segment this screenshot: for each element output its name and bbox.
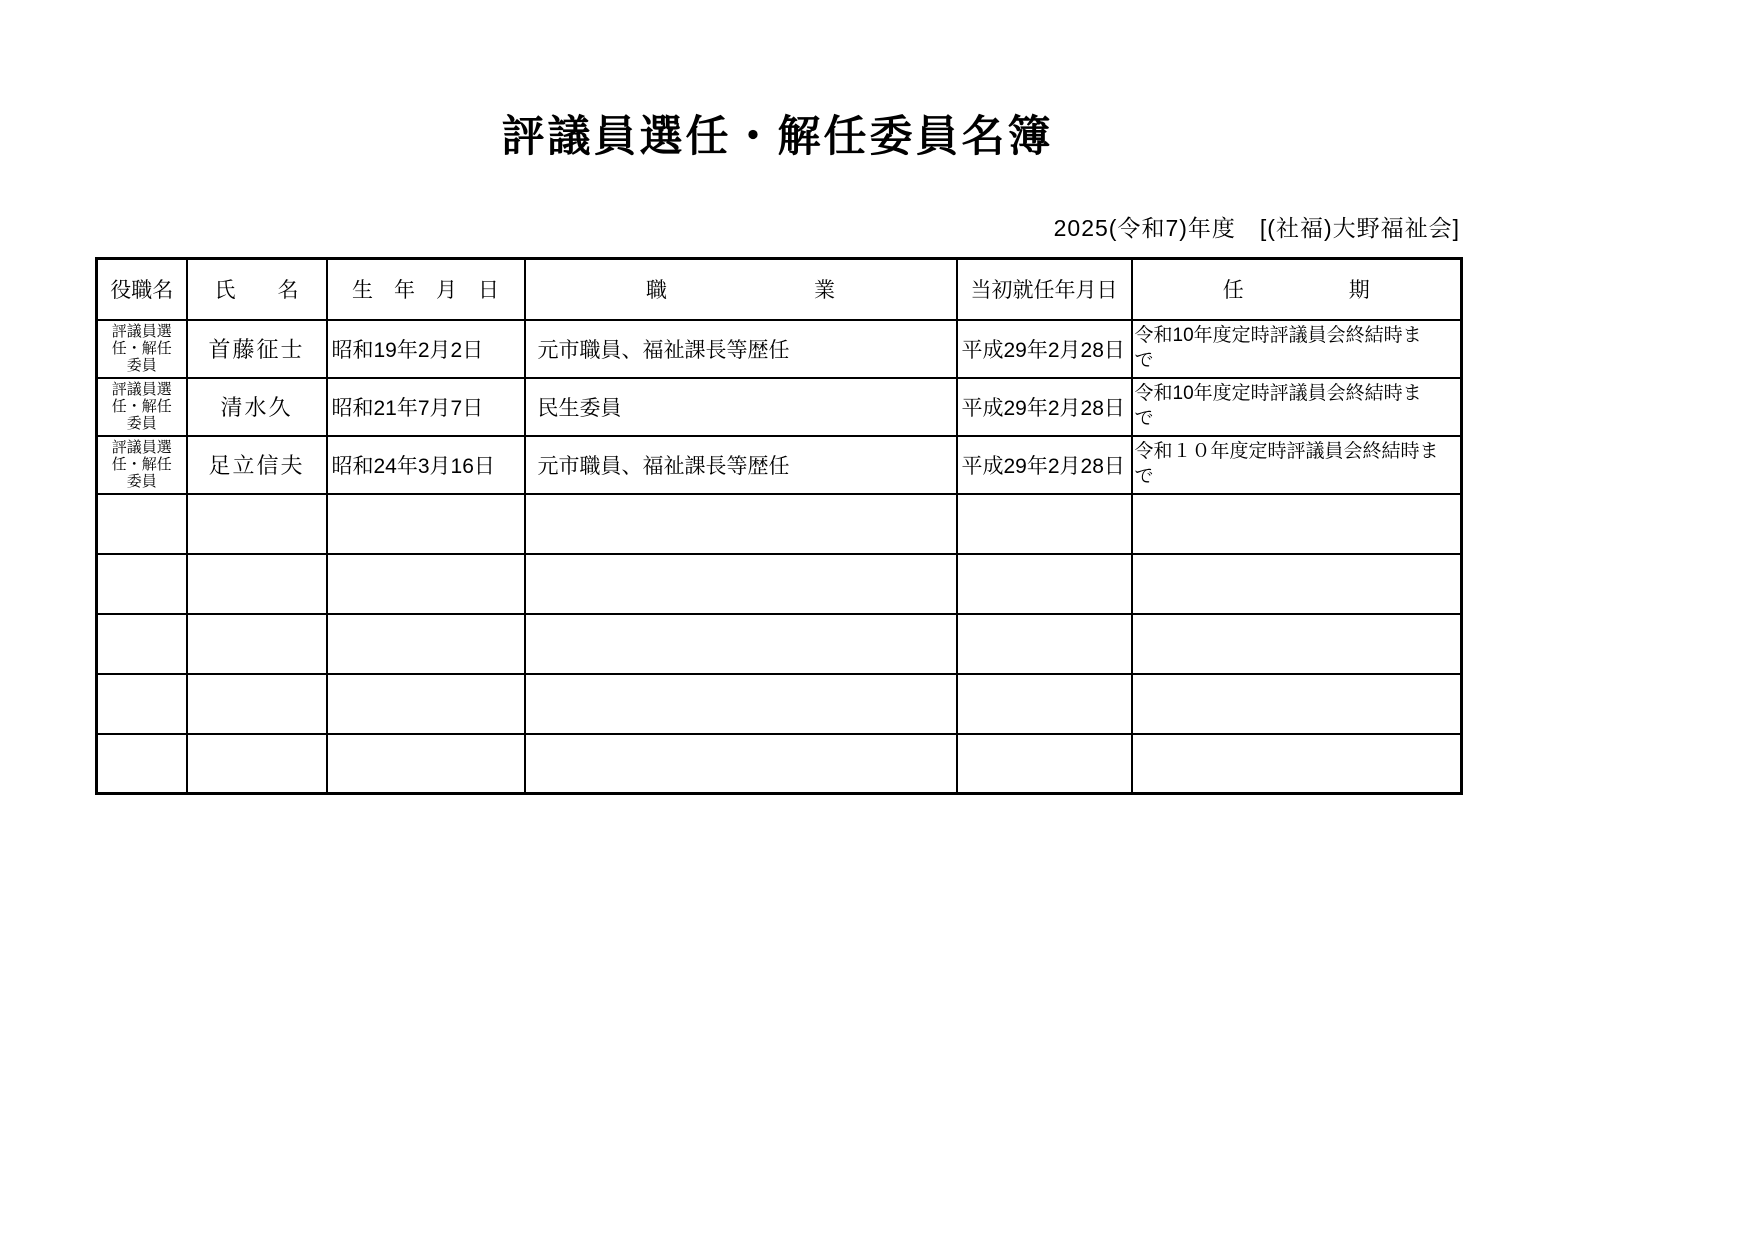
empty-cell — [1132, 554, 1462, 614]
empty-table-row — [97, 734, 1462, 794]
empty-cell — [327, 734, 525, 794]
empty-cell — [1132, 494, 1462, 554]
empty-cell — [187, 734, 327, 794]
empty-cell — [1132, 734, 1462, 794]
empty-cell — [97, 554, 187, 614]
name-cell: 首藤征士 — [187, 320, 327, 378]
empty-cell — [525, 494, 957, 554]
empty-cell — [97, 734, 187, 794]
empty-cell — [1132, 674, 1462, 734]
appointment-date-cell: 平成29年2月28日 — [957, 320, 1132, 378]
occupation-cell: 民生委員 — [525, 378, 957, 436]
header-birth-date: 生 年 月 日 — [327, 259, 525, 320]
empty-cell — [957, 674, 1132, 734]
empty-table-row — [97, 494, 1462, 554]
empty-cell — [525, 674, 957, 734]
header-term: 任 期 — [1132, 259, 1462, 320]
header-appointment-date: 当初就任年月日 — [957, 259, 1132, 320]
name-cell: 足立信夫 — [187, 436, 327, 494]
empty-cell — [957, 494, 1132, 554]
term-cell: 令和１０年度定時評議員会終結時ま で — [1132, 436, 1462, 494]
empty-cell — [97, 674, 187, 734]
empty-cell — [327, 674, 525, 734]
name-cell: 清水久 — [187, 378, 327, 436]
empty-cell — [327, 494, 525, 554]
empty-cell — [957, 614, 1132, 674]
empty-table-row — [97, 614, 1462, 674]
empty-cell — [327, 614, 525, 674]
occupation-cell: 元市職員、福祉課長等歴任 — [525, 320, 957, 378]
document-container: 評議員選任・解任委員名簿 2025(令和7)年度 [(社福)大野福祉会] 役職名… — [95, 0, 1460, 795]
empty-cell — [187, 674, 327, 734]
role-cell: 評議員選 任・解任 委員 — [97, 320, 187, 378]
empty-cell — [525, 554, 957, 614]
term-cell: 令和10年度定時評議員会終結時ま で — [1132, 320, 1462, 378]
table-row: 評議員選 任・解任 委員 首藤征士 昭和19年2月2日 元市職員、福祉課長等歴任… — [97, 320, 1462, 378]
empty-cell — [957, 554, 1132, 614]
empty-cell — [957, 734, 1132, 794]
fiscal-year-note: 2025(令和7)年度 [(社福)大野福祉会] — [95, 210, 1460, 243]
birth-date-cell: 昭和21年7月7日 — [327, 378, 525, 436]
empty-cell — [187, 494, 327, 554]
empty-table-row — [97, 674, 1462, 734]
empty-cell — [97, 494, 187, 554]
empty-cell — [97, 614, 187, 674]
role-cell: 評議員選 任・解任 委員 — [97, 436, 187, 494]
empty-cell — [525, 734, 957, 794]
header-name: 氏 名 — [187, 259, 327, 320]
occupation-cell: 元市職員、福祉課長等歴任 — [525, 436, 957, 494]
table-header-row: 役職名 氏 名 生 年 月 日 職 業 当初就任年月日 任 期 — [97, 259, 1462, 320]
header-role: 役職名 — [97, 259, 187, 320]
header-occupation: 職 業 — [525, 259, 957, 320]
empty-table-row — [97, 554, 1462, 614]
document-page: 評議員選任・解任委員名簿 2025(令和7)年度 [(社福)大野福祉会] 役職名… — [0, 0, 1755, 1241]
birth-date-cell: 昭和19年2月2日 — [327, 320, 525, 378]
empty-cell — [327, 554, 525, 614]
appointment-date-cell: 平成29年2月28日 — [957, 436, 1132, 494]
birth-date-cell: 昭和24年3月16日 — [327, 436, 525, 494]
empty-cell — [187, 614, 327, 674]
role-cell: 評議員選 任・解任 委員 — [97, 378, 187, 436]
empty-cell — [525, 614, 957, 674]
committee-roster-table: 役職名 氏 名 生 年 月 日 職 業 当初就任年月日 任 期 評議員選 任・解… — [95, 257, 1463, 795]
empty-cell — [187, 554, 327, 614]
empty-cell — [1132, 614, 1462, 674]
table-row: 評議員選 任・解任 委員 清水久 昭和21年7月7日 民生委員 平成29年2月2… — [97, 378, 1462, 436]
table-row: 評議員選 任・解任 委員 足立信夫 昭和24年3月16日 元市職員、福祉課長等歴… — [97, 436, 1462, 494]
page-title: 評議員選任・解任委員名簿 — [95, 103, 1460, 164]
appointment-date-cell: 平成29年2月28日 — [957, 378, 1132, 436]
term-cell: 令和10年度定時評議員会終結時ま で — [1132, 378, 1462, 436]
